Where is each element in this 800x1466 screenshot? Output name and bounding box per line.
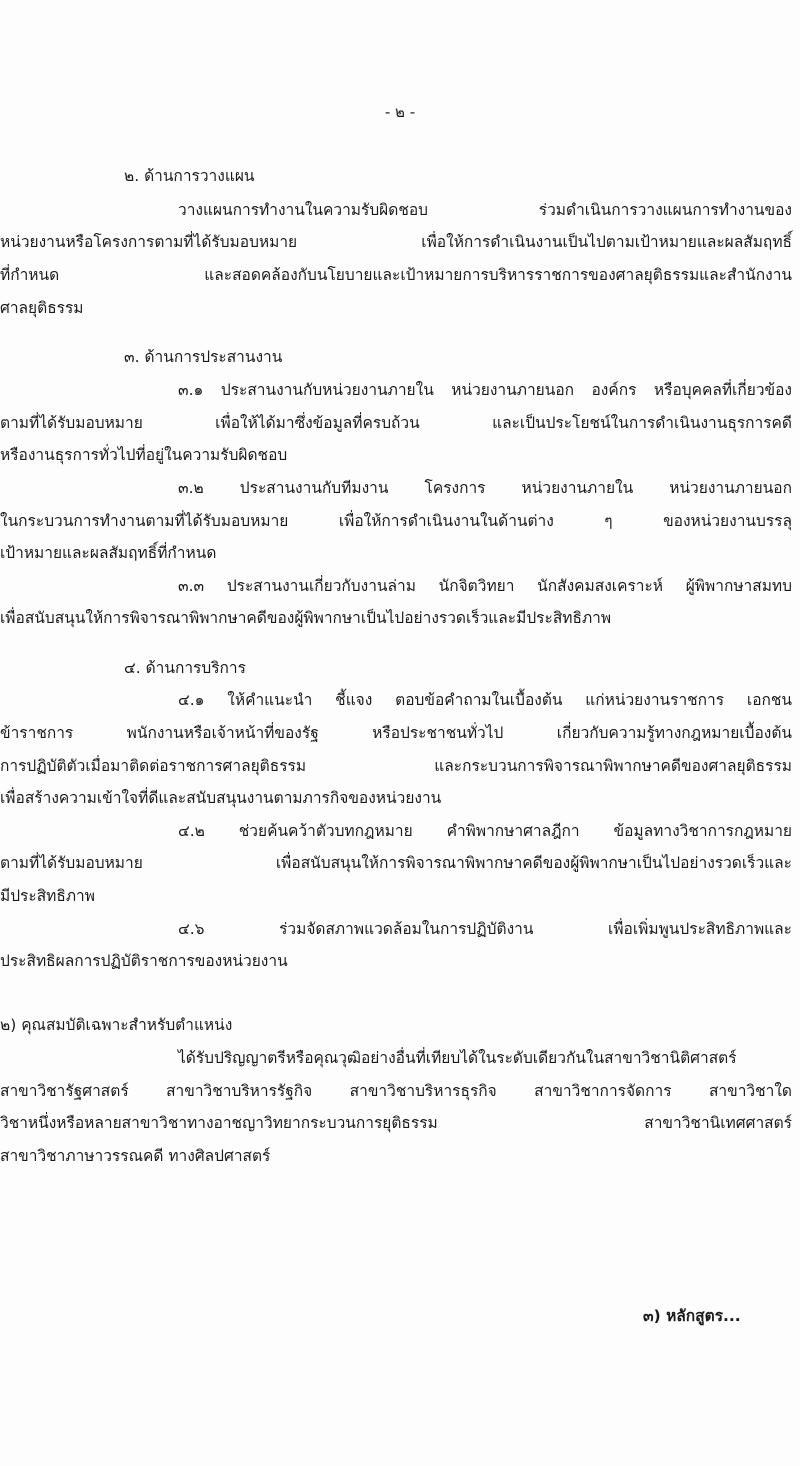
item-4-1-line: ข้าราชการ พนักงานหรือเจ้าหน้าที่ของรัฐ ห… (0, 722, 792, 746)
section-heading-coordination: ๓. ด้านการประสานงาน (124, 346, 282, 370)
section-heading-service: ๔. ด้านการบริการ (124, 657, 246, 681)
paragraph-line: วางแผนการทำงานในความรับผิดชอบ ร่วมดำเนิน… (178, 199, 792, 223)
item-4-2-line: มีประสิทธิภาพ (0, 885, 95, 909)
paragraph-line: ที่กำหนด และสอดคล้องกับนโยบายและเป้าหมาย… (0, 264, 792, 288)
qualifications-line: สาขาวิชารัฐศาสตร์ สาขาวิชาบริหารรัฐกิจ ส… (0, 1080, 792, 1104)
item-4-2-line: ตามที่ได้รับมอบหมาย เพื่อสนับสนุนให้การพ… (0, 852, 792, 876)
qualifications-line: วิชาหนึ่งหรือหลายสาขาวิชาทางอาชญาวิทยากร… (0, 1112, 792, 1136)
qualifications-heading: ๒) คุณสมบัติเฉพาะสำหรับตำแหน่ง (0, 1014, 232, 1038)
qualifications-line: สาขาวิชาภาษาวรรณคดี ทางศิลปศาสตร์ (0, 1145, 270, 1169)
item-3-2-line: เป้าหมายและผลสัมฤทธิ์ที่กำหนด (0, 542, 216, 566)
item-4-1-line: ๔.๑ ให้คำแนะนำ ชี้แจง ตอบข้อคำถามในเบื้อ… (178, 689, 792, 713)
page-number: - ๒ - (0, 100, 800, 124)
qualifications-line: ได้รับปริญญาตรีหรือคุณวุฒิอย่างอื่นที่เท… (178, 1047, 792, 1071)
item-3-1-line: หรืองานธุรการทั่วไปที่อยู่ในความรับผิดชอ… (0, 444, 287, 468)
item-4-1-line: เพื่อสร้างความเข้าใจที่ดีและสนับสนุนงานต… (0, 787, 441, 811)
item-3-3-line: เพื่อสนับสนุนให้การพิจารณาพิพากษาคดีของผ… (0, 607, 611, 631)
item-4-1-line: การปฏิบัติตัวเมื่อมาติดต่อราชการศาลยุติธ… (0, 755, 792, 779)
item-4-6-line: ประสิทธิผลการปฏิบัติราชการของหน่วยงาน (0, 950, 288, 974)
next-section-continuation: ๓) หลักสูตร... (643, 1303, 741, 1328)
item-3-2-line: ในกระบวนการทำงานตามที่ได้รับมอบหมาย เพื่… (0, 510, 792, 534)
item-4-6-line: ๔.๖ ร่วมจัดสภาพแวดล้อมในการปฏิบัติงาน เพ… (178, 918, 792, 942)
item-3-1-line: ๓.๑ ประสานงานกับหน่วยงานภายใน หน่วยงานภา… (178, 379, 792, 403)
item-4-2-line: ๔.๒ ช่วยค้นคว้าตัวบทกฎหมาย คำพิพากษาศาลฎ… (178, 820, 792, 844)
item-3-2-line: ๓.๒ ประสานงานกับทีมงาน โครงการ หน่วยงานภ… (178, 477, 792, 501)
document-page: - ๒ - ๒. ด้านการวางแผน วางแผนการทำงานในค… (0, 0, 800, 1466)
item-3-1-line: ตามที่ได้รับมอบหมาย เพื่อให้ได้มาซึ่งข้อ… (0, 412, 792, 436)
section-heading-planning: ๒. ด้านการวางแผน (124, 165, 255, 189)
paragraph-line: ศาลยุติธรรม (0, 297, 84, 321)
paragraph-line: หน่วยงานหรือโครงการตามที่ได้รับมอบหมาย เ… (0, 231, 792, 255)
item-3-3-line: ๓.๓ ประสานงานเกี่ยวกับงานล่าม นักจิตวิทย… (178, 575, 792, 599)
